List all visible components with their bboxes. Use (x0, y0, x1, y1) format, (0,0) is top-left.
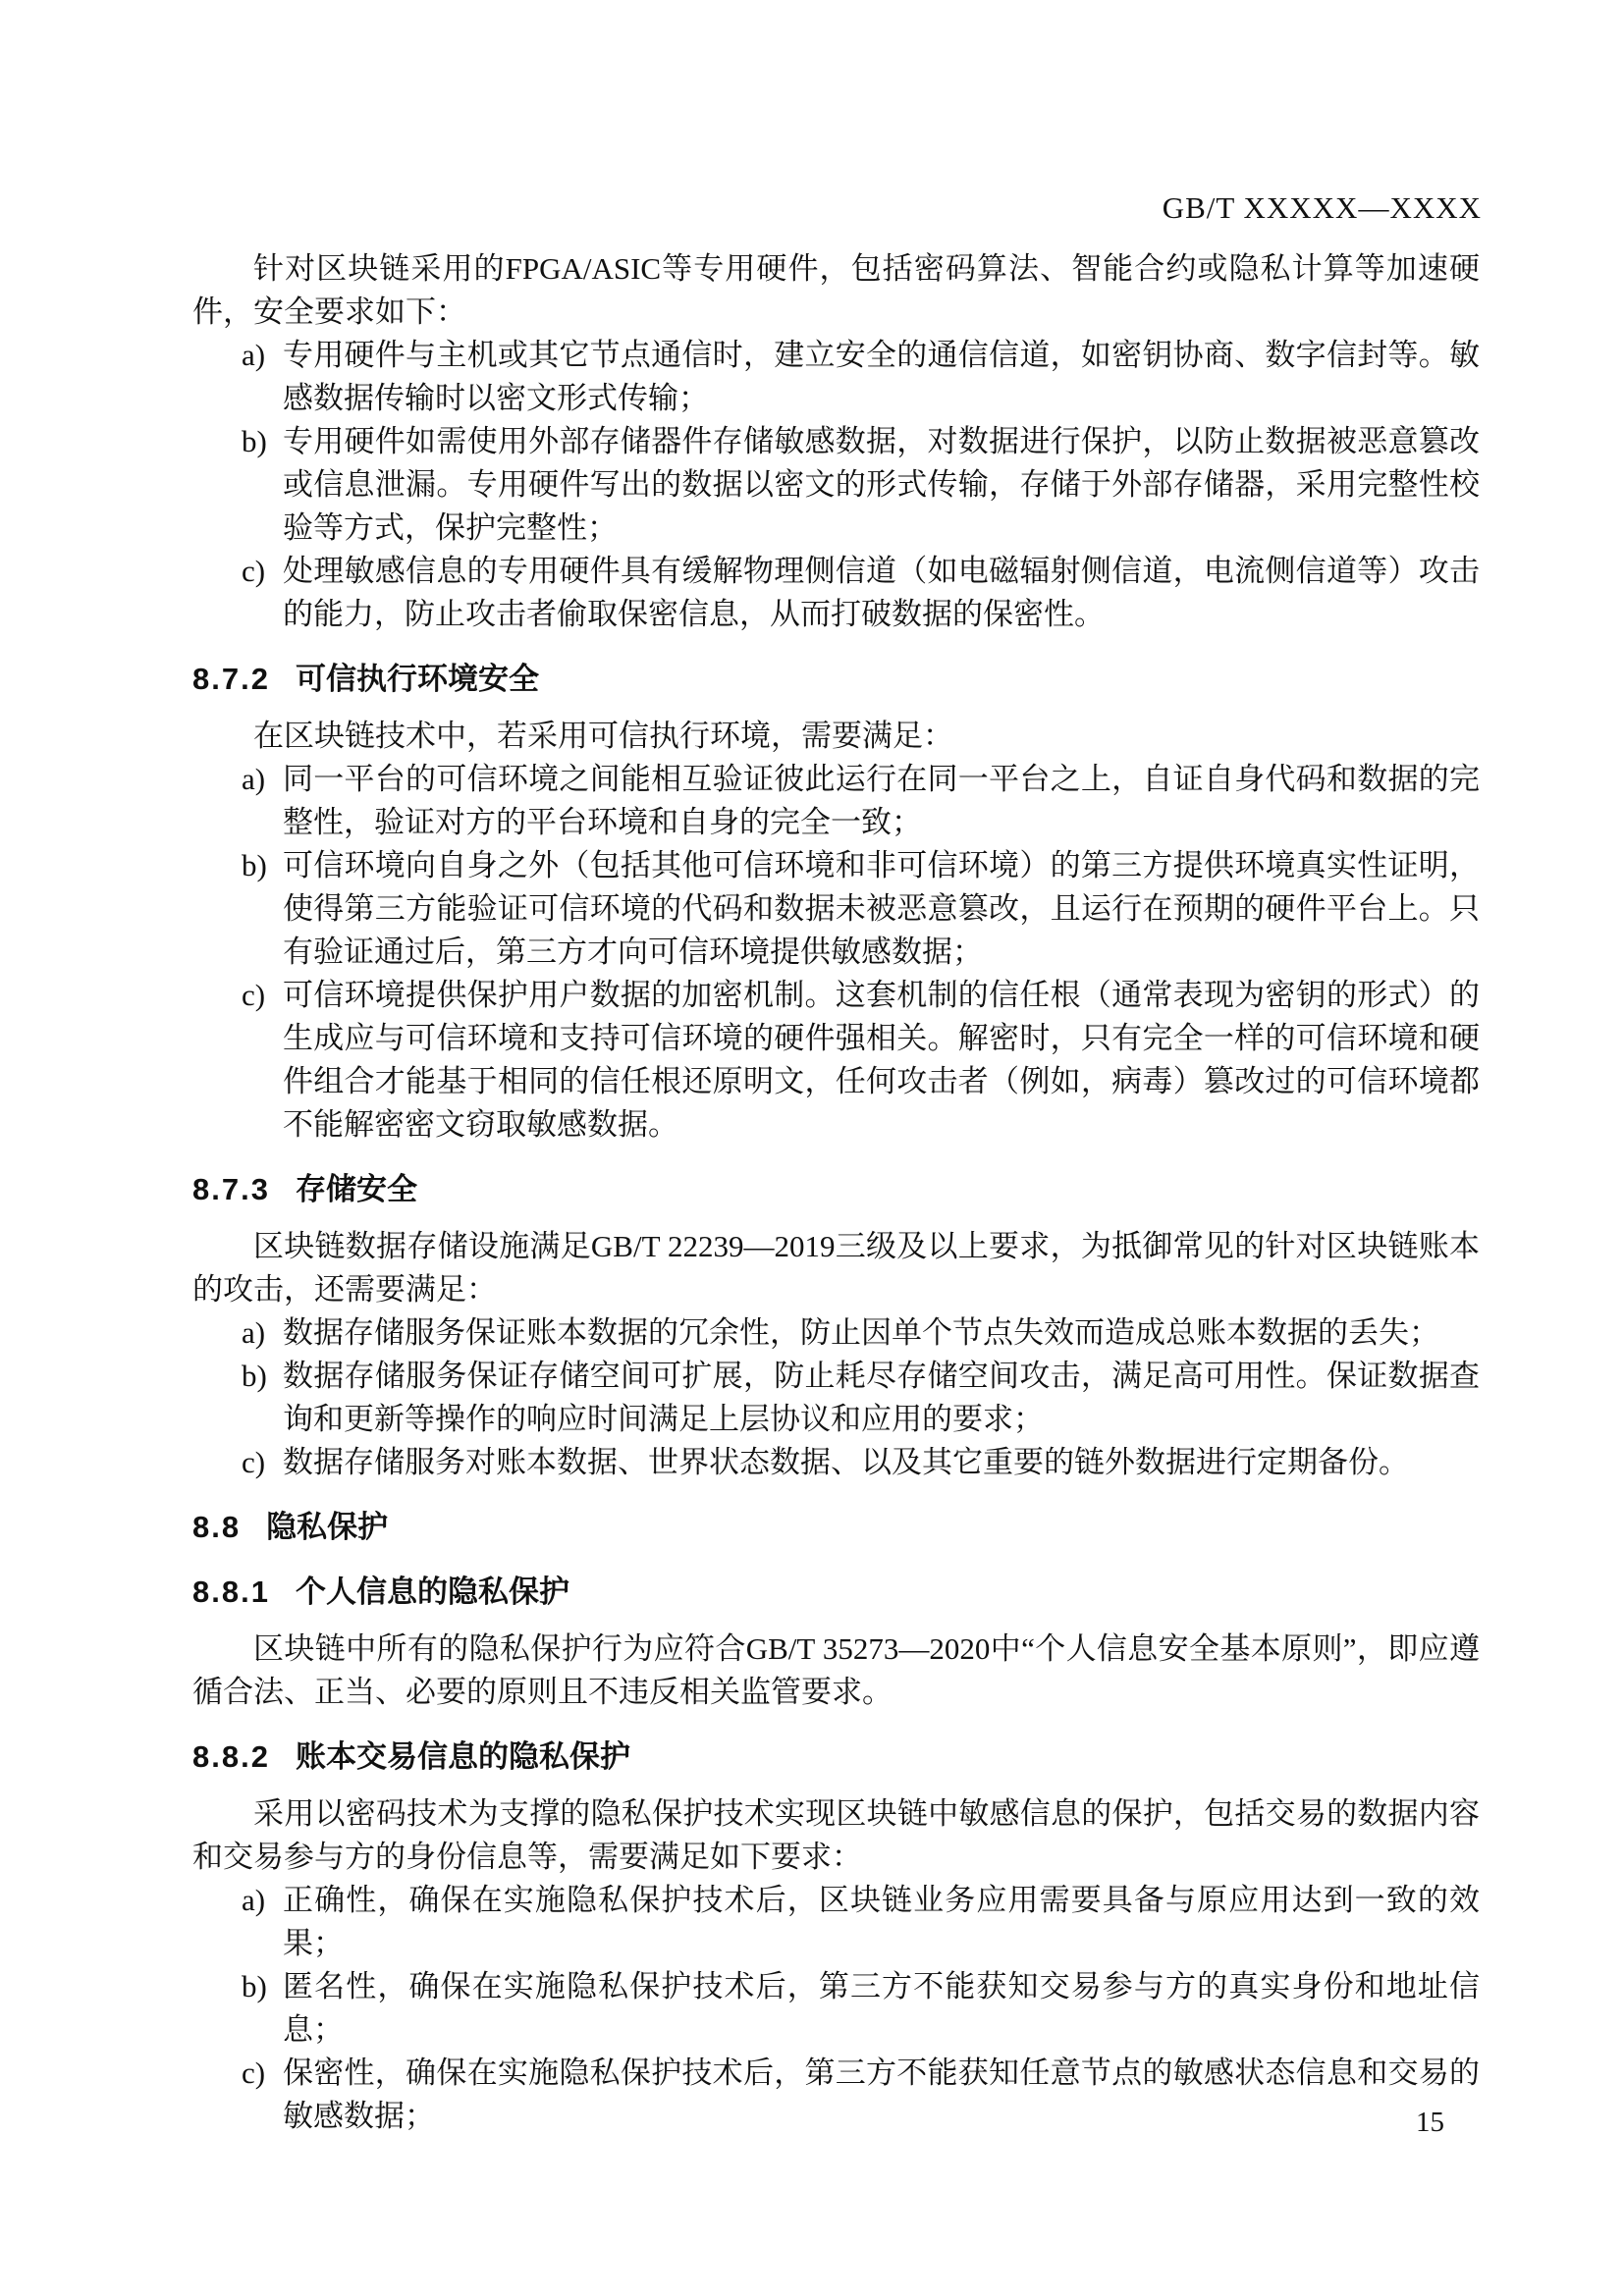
list-item-label: a) (242, 758, 265, 801)
list-item-text: 专用硬件与主机或其它节点通信时，建立安全的通信信道，如密钥协商、数字信封等。敏感… (283, 338, 1480, 415)
section-number: 8.8 (192, 1510, 241, 1544)
list-item-text: 保密性，确保在实施隐私保护技术后，第三方不能获知任意节点的敏感状态信息和交易的敏… (283, 2056, 1480, 2133)
list-item-b: b) 可信环境向自身之外（包括其他可信环境和非可信环境）的第三方提供环境真实性证… (192, 844, 1480, 974)
section-heading-8-7-2: 8.7.2可信执行环境安全 (192, 658, 1480, 701)
list-item-label: a) (242, 334, 265, 377)
list-item-label: c) (242, 2052, 265, 2095)
section-title: 个人信息的隐私保护 (296, 1575, 569, 1609)
list-item-label: b) (242, 844, 267, 887)
list-item-text: 正确性，确保在实施隐私保护技术后，区块链业务应用需要具备与原应用达到一致的效果； (283, 1883, 1480, 1960)
document-body: 针对区块链采用的FPGA/ASIC等专用硬件，包括密码算法、智能合约或隐私计算等… (192, 247, 1480, 2138)
list-item-b: b) 专用硬件如需使用外部存储器件存储敏感数据，对数据进行保护，以防止数据被恶意… (192, 420, 1480, 550)
list-item-text: 可信环境向自身之外（包括其他可信环境和非可信环境）的第三方提供环境真实性证明，使… (283, 848, 1480, 969)
section-title: 账本交易信息的隐私保护 (296, 1739, 630, 1774)
paragraph: 区块链中所有的隐私保护行为应符合GB/T 35273—2020中“个人信息安全基… (192, 1628, 1480, 1714)
list-item-label: b) (242, 1355, 267, 1398)
list-item-a: a) 数据存储服务保证账本数据的冗余性，防止因单个节点失效而造成总账本数据的丢失… (192, 1311, 1480, 1355)
section-number: 8.8.2 (192, 1739, 270, 1774)
list-item-text: 数据存储服务保证存储空间可扩展，防止耗尽存储空间攻击，满足高可用性。保证数据查询… (283, 1359, 1480, 1436)
paragraph: 针对区块链采用的FPGA/ASIC等专用硬件，包括密码算法、智能合约或隐私计算等… (192, 247, 1480, 334)
list-item-text: 数据存储服务对账本数据、世界状态数据、以及其它重要的链外数据进行定期备份。 (283, 1445, 1409, 1479)
section-title: 隐私保护 (266, 1510, 388, 1544)
list-item-label: c) (242, 974, 265, 1017)
section-heading-8-8: 8.8隐私保护 (192, 1506, 1480, 1549)
doc-number-header: GB/T XXXXX—XXXX (1163, 190, 1482, 226)
section-number: 8.7.2 (192, 662, 270, 696)
list-item-text: 同一平台的可信环境之间能相互验证彼此运行在同一平台之上，自证自身代码和数据的完整… (283, 762, 1480, 839)
list-item-text: 可信环境提供保护用户数据的加密机制。这套机制的信任根（通常表现为密钥的形式）的生… (283, 978, 1480, 1142)
list-item-text: 匿名性，确保在实施隐私保护技术后，第三方不能获知交易参与方的真实身份和地址信息； (283, 1969, 1480, 2047)
list-item-c: c) 数据存储服务对账本数据、世界状态数据、以及其它重要的链外数据进行定期备份。 (192, 1441, 1480, 1484)
paragraph: 在区块链技术中，若采用可信执行环境，需要满足： (192, 715, 1480, 758)
list-item-label: b) (242, 420, 267, 463)
section-heading-8-8-2: 8.8.2账本交易信息的隐私保护 (192, 1735, 1480, 1779)
list-item-a: a) 同一平台的可信环境之间能相互验证彼此运行在同一平台之上，自证自身代码和数据… (192, 758, 1480, 844)
list-item-label: c) (242, 1441, 265, 1484)
page-number: 15 (1416, 2107, 1444, 2139)
section-heading-8-7-3: 8.7.3存储安全 (192, 1168, 1480, 1211)
paragraph: 区块链数据存储设施满足GB/T 22239—2019三级及以上要求，为抵御常见的… (192, 1225, 1480, 1311)
list-item-label: b) (242, 1965, 267, 2008)
list-item-b: b) 数据存储服务保证存储空间可扩展，防止耗尽存储空间攻击，满足高可用性。保证数… (192, 1355, 1480, 1441)
list-item-b: b) 匿名性，确保在实施隐私保护技术后，第三方不能获知交易参与方的真实身份和地址… (192, 1965, 1480, 2052)
list-item-a: a) 专用硬件与主机或其它节点通信时，建立安全的通信信道，如密钥协商、数字信封等… (192, 334, 1480, 420)
section-title: 存储安全 (296, 1172, 417, 1206)
list-item-text: 处理敏感信息的专用硬件具有缓解物理侧信道（如电磁辐射侧信道，电流侧信道等）攻击的… (283, 554, 1480, 631)
document-page: { "colors": { "background": "#ffffff", "… (0, 0, 1624, 2296)
section-heading-8-8-1: 8.8.1个人信息的隐私保护 (192, 1571, 1480, 1614)
list-item-text: 数据存储服务保证账本数据的冗余性，防止因单个节点失效而造成总账本数据的丢失； (283, 1315, 1439, 1350)
list-item-label: c) (242, 550, 265, 593)
paragraph: 采用以密码技术为支撑的隐私保护技术实现区块链中敏感信息的保护，包括交易的数据内容… (192, 1792, 1480, 1879)
list-item-text: 专用硬件如需使用外部存储器件存储敏感数据，对数据进行保护，以防止数据被恶意篡改或… (283, 424, 1480, 545)
list-item-a: a) 正确性，确保在实施隐私保护技术后，区块链业务应用需要具备与原应用达到一致的… (192, 1879, 1480, 1965)
list-item-c: c) 保密性，确保在实施隐私保护技术后，第三方不能获知任意节点的敏感状态信息和交… (192, 2052, 1480, 2138)
section-title: 可信执行环境安全 (296, 662, 539, 696)
section-number: 8.7.3 (192, 1172, 270, 1206)
list-item-c: c) 可信环境提供保护用户数据的加密机制。这套机制的信任根（通常表现为密钥的形式… (192, 974, 1480, 1147)
list-item-label: a) (242, 1879, 265, 1922)
list-item-c: c) 处理敏感信息的专用硬件具有缓解物理侧信道（如电磁辐射侧信道，电流侧信道等）… (192, 550, 1480, 636)
list-item-label: a) (242, 1311, 265, 1355)
section-number: 8.8.1 (192, 1575, 270, 1609)
